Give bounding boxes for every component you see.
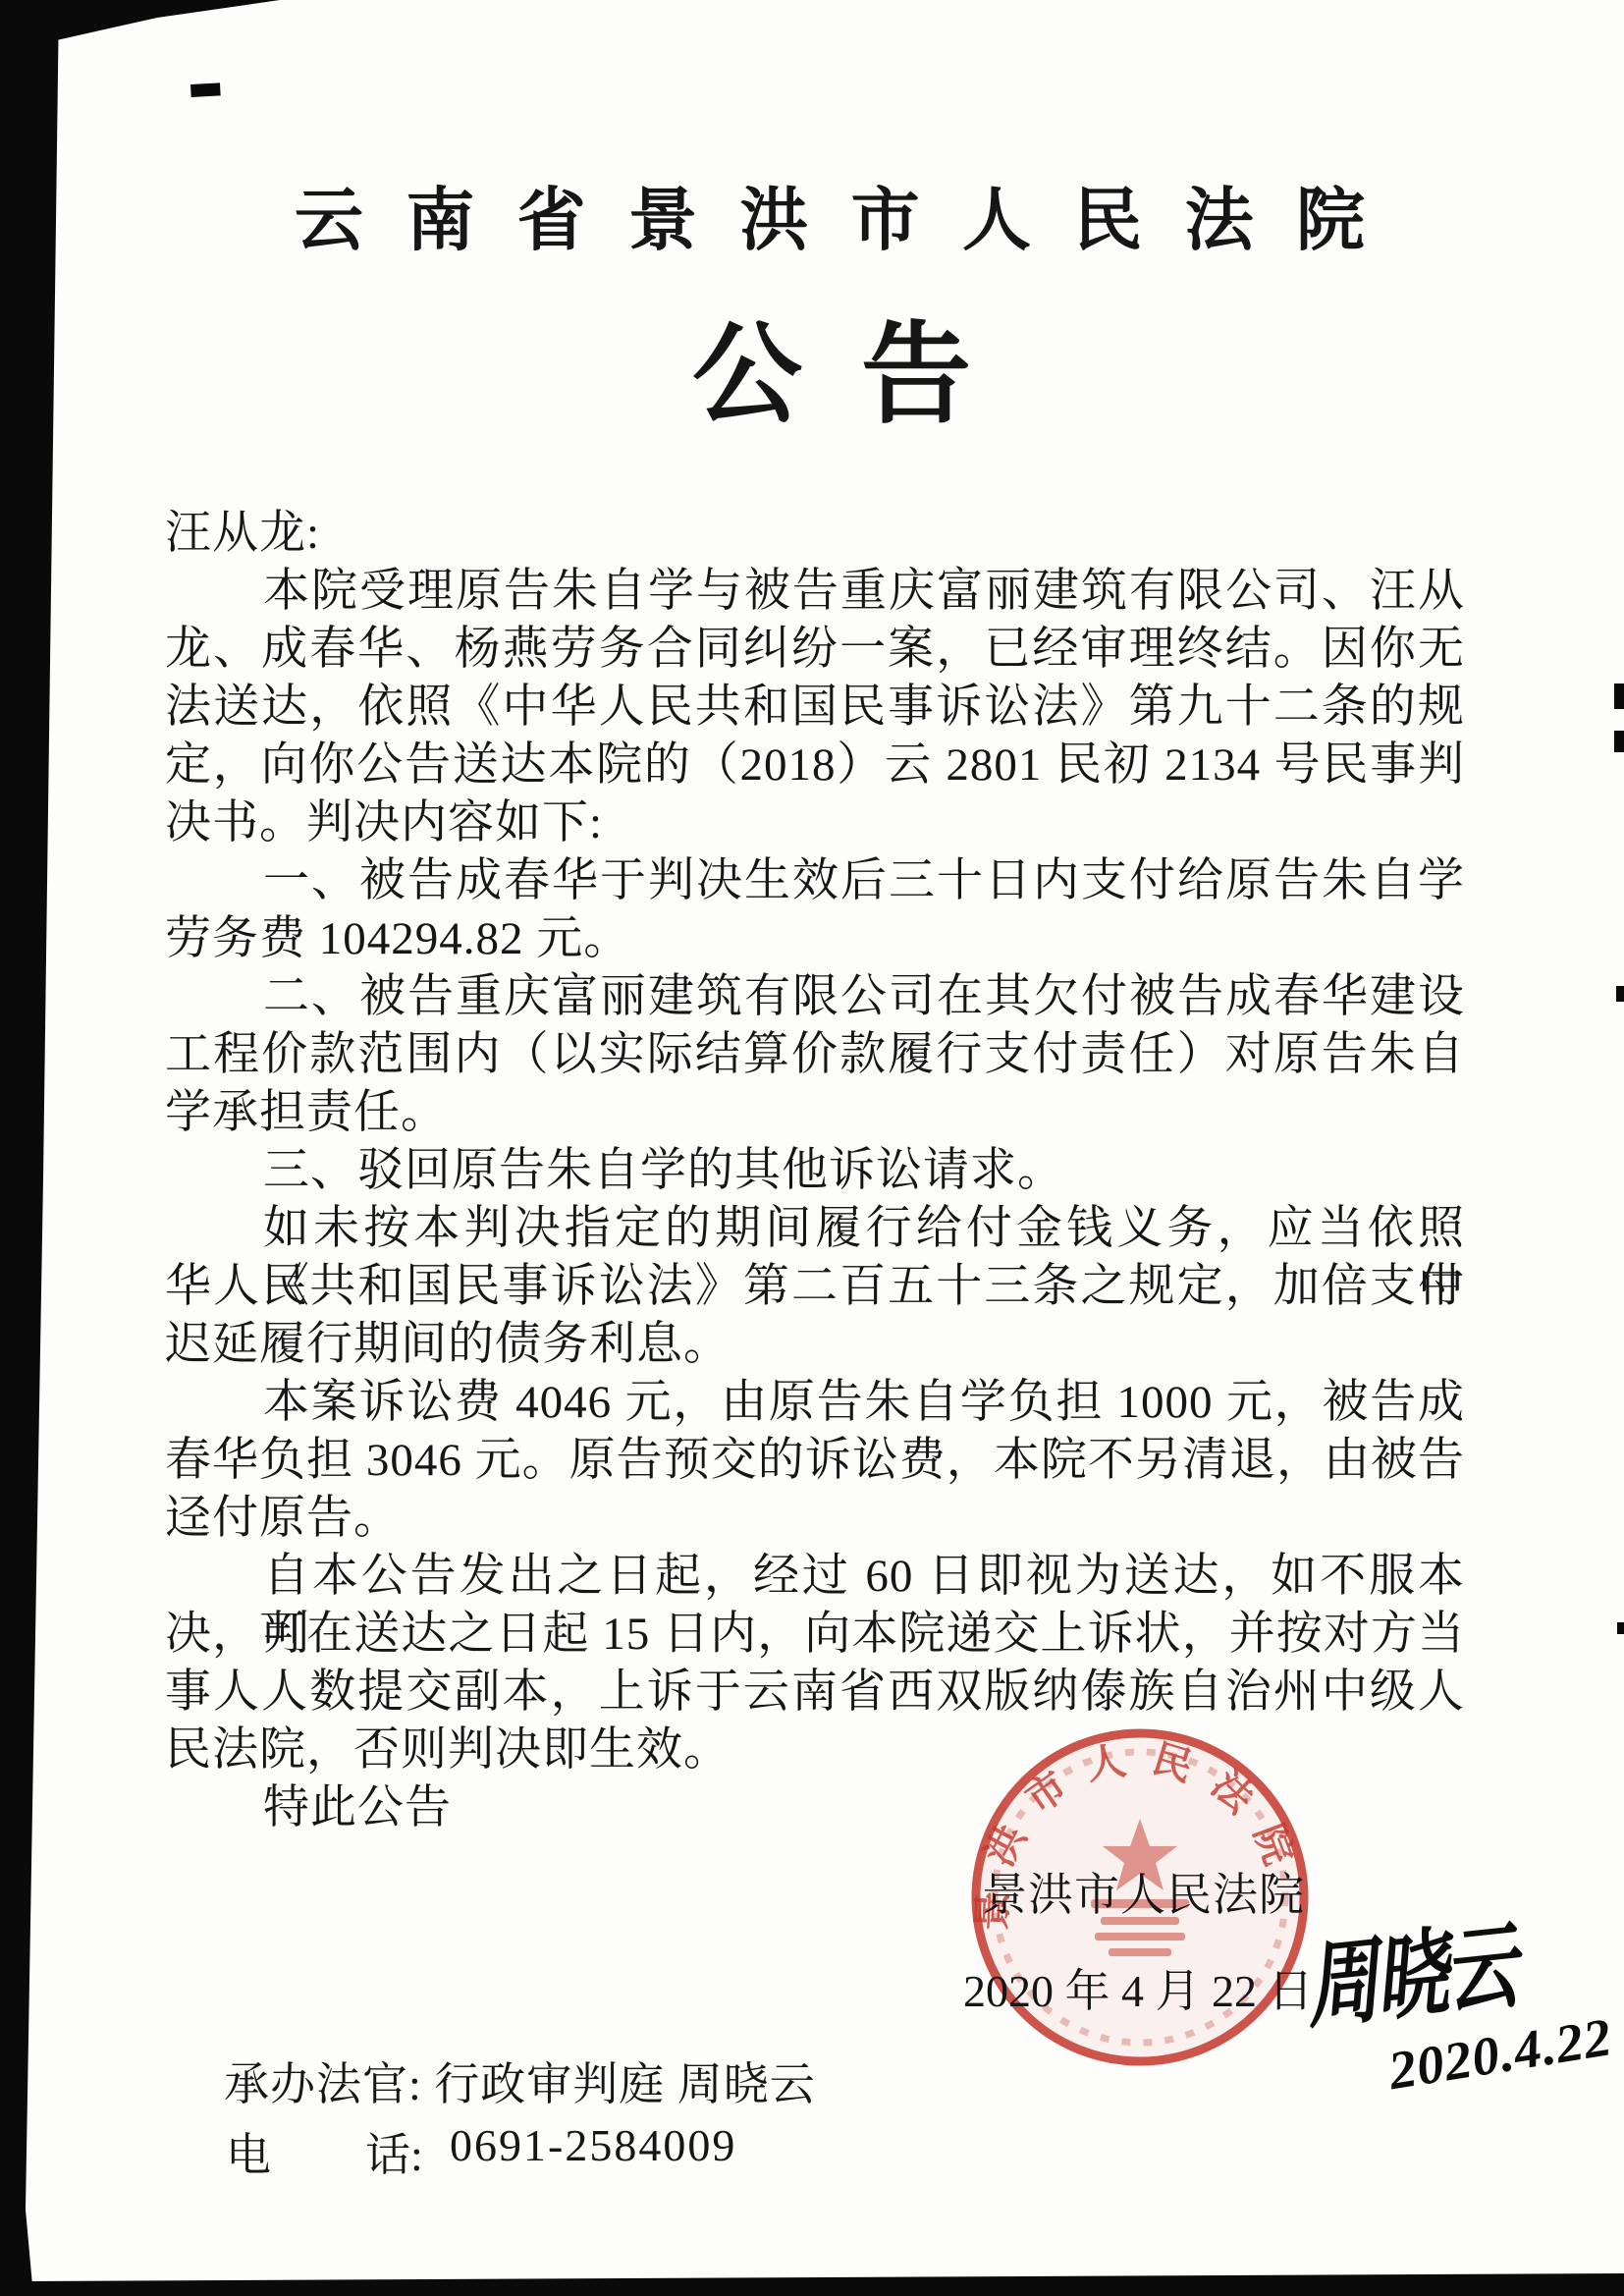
- signoff-court-name: 景洪市人民法院: [982, 1859, 1296, 1924]
- presiding-judge-line: 承办法官: 行政审判庭 周晓云: [224, 2049, 816, 2113]
- header-char: 人: [962, 165, 1031, 264]
- scanned-court-notice: { "document": { "court_header": "云南省景洪市人…: [0, 0, 1624, 2296]
- scan-right-tick: [1614, 731, 1624, 752]
- salutation-line: 汪从龙:: [165, 505, 1465, 563]
- body-line: 劳务费 104294.82 元。: [165, 910, 1465, 968]
- body-line: 决书。判决内容如下:: [165, 794, 1465, 852]
- header-char: 市: [851, 165, 920, 264]
- body-line: 华人民共和国民事诉讼法》第二百五十三条之规定，加倍支付: [165, 1258, 1465, 1316]
- body-line: 三、驳回原告朱自学的其他诉讼请求。: [165, 1142, 1465, 1200]
- body-line: 定，向你公告送达本院的（2018）云 2801 民初 2134 号民事判: [165, 737, 1465, 794]
- body-line: 迟延履行期间的债务利息。: [165, 1316, 1465, 1374]
- body-line: 本院受理原告朱自学与被告重庆富丽建筑有限公司、汪从: [165, 563, 1465, 621]
- phone-label-right: 话:: [365, 2119, 423, 2184]
- scan-bottom-bar: [0, 2273, 1624, 2296]
- body-line: 学承担责任。: [165, 1084, 1465, 1142]
- body-line: 二、被告重庆富丽建筑有限公司在其欠付被告成春华建设: [165, 968, 1465, 1026]
- body-line: 如未按本判决指定的期间履行给付金钱义务，应当依照《中: [165, 1200, 1465, 1258]
- header-char: 法: [1185, 165, 1254, 264]
- header-char: 洪: [739, 165, 808, 264]
- phone-number: 0691-2584009: [450, 2119, 736, 2171]
- body-line: 迳付原告。: [165, 1490, 1465, 1548]
- scan-right-tick: [1617, 1622, 1624, 1634]
- scan-left-strip: [0, 0, 59, 2296]
- body-line: 春华负担 3046 元。原告预交的诉讼费，本院不另清退，由被告: [165, 1432, 1465, 1490]
- body-line: 自本公告发出之日起，经过 60 日即视为送达，如不服本判: [165, 1548, 1465, 1606]
- header-char: 景: [628, 165, 697, 264]
- scan-top-tick: [190, 82, 221, 97]
- signoff-date: 2020 年 4 月 22 日: [963, 1955, 1314, 2020]
- header-char: 民: [1073, 165, 1142, 264]
- scan-right-tick: [1616, 986, 1624, 1002]
- body-line: 一、被告成春华于判决生效后三十日内支付给原告朱自学: [165, 852, 1465, 910]
- body-line: 本案诉讼费 4046 元，由原告朱自学负担 1000 元，被告成: [165, 1374, 1465, 1432]
- notice-title: 公告: [692, 287, 971, 414]
- header-char: 云: [295, 165, 363, 264]
- notice-body: 汪从龙: 本院受理原告朱自学与被告重庆富丽建筑有限公司、汪从 龙、成春华、杨燕劳…: [165, 505, 1465, 1837]
- court-header: 云南省景洪市人民法院: [295, 173, 1365, 255]
- header-char: 告: [861, 287, 971, 445]
- scan-right-tick: [1614, 683, 1624, 709]
- body-line: 龙、成春华、杨燕劳务合同纠纷一案，已经审理终结。因你无: [165, 621, 1465, 679]
- header-char: 南: [406, 165, 474, 264]
- body-line: 法送达，依照《中华人民共和国民事诉讼法》第九十二条的规: [165, 679, 1465, 737]
- body-line: 决，可在送达之日起 15 日内，向本院递交上诉状，并按对方当: [165, 1606, 1465, 1664]
- header-char: 公: [692, 287, 802, 445]
- phone-label-left: 电: [226, 2119, 271, 2184]
- header-char: 院: [1296, 165, 1365, 264]
- header-char: 省: [517, 165, 586, 264]
- body-line: 事人人数提交副本，上诉于云南省西双版纳傣族自治州中级人: [165, 1664, 1465, 1722]
- body-line: 工程价款范围内（以实际结算价款履行支付责任）对原告朱自: [165, 1026, 1465, 1084]
- scan-topleft-wedge: [0, 0, 280, 51]
